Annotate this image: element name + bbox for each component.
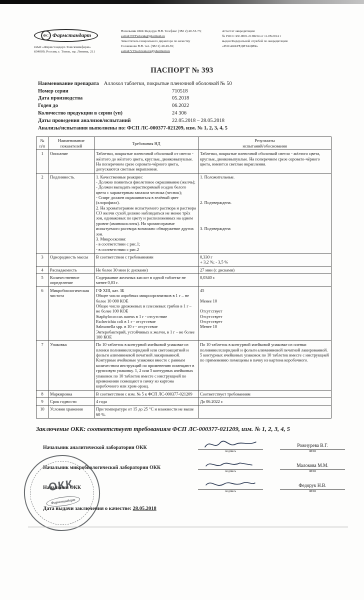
logo-monogram-icon: ФС — [41, 31, 51, 41]
row-number: 7 — [36, 341, 48, 390]
signature-line — [198, 458, 263, 470]
row-number: 1 — [36, 150, 48, 173]
result-text: По 10 таблеток в контурной ячейковой упа… — [198, 341, 331, 390]
field-label: Годен до — [38, 103, 172, 109]
result-text: 27 мин (с дисками) — [198, 266, 331, 274]
result-text: 1. Положительные. 2. Подтверждена. 3. По… — [198, 173, 331, 253]
row-number: 8 — [36, 390, 48, 398]
company-logo: ФС Фармстандарт — [34, 29, 98, 42]
requirement-text: При температуре от 15 до 25 °С и влажнос… — [94, 405, 198, 418]
letterhead: ФС Фармстандарт ОАО «Фармстандарт-Томскх… — [0, 0, 364, 54]
logo-wordmark: Фармстандарт — [52, 33, 91, 39]
contact-line: e-mail VVGolovanova@pharmstd.ru — [121, 49, 215, 54]
requirement-text: Содержание желчных кислот в одной таблет… — [94, 274, 198, 287]
field-label: Номер серии — [38, 88, 172, 94]
row-number: 5 — [36, 274, 48, 287]
indicator-name: Микробиологическая чистота — [48, 287, 94, 341]
table-column-header: Результаты испытаний/обоснования — [198, 137, 331, 150]
field-label: Даты проведения анализов/испытаний — [38, 118, 172, 124]
requirement-text: 1. Качественные реакции: - Должно появит… — [94, 173, 198, 253]
indicator-name: Однородность массы — [48, 253, 94, 266]
table-row: 4РаспадаемостьНе более 30 мин (с дисками… — [36, 266, 331, 274]
result-text — [198, 405, 331, 418]
signatory-role: Начальник аналитической лаборатории ОКК — [43, 445, 198, 453]
result-text: 0,0340 г. — [198, 274, 331, 287]
field-row: Количество продукции в серии (уп)24 306 — [38, 111, 349, 117]
document-title: ПАСПОРТ № 393 — [0, 66, 364, 75]
indicator-name: Описание — [48, 150, 94, 173]
field-rows: Номер серии710518Дата производства05.201… — [38, 88, 349, 124]
signatory-name-cell: Федорук Н.В.ФИО — [280, 484, 345, 494]
signatory-name-cell: Рожнурева В.Г.ФИО — [280, 444, 345, 454]
result-text: Соответствует требованиям — [198, 390, 331, 398]
performed-by-line: Анализы/испытания выполнены по: ФСП ЛС-0… — [38, 125, 349, 131]
quality-results-table: № п/пНаименование показателейТребования … — [36, 137, 332, 419]
signature-row: Начальник аналитической лаборатории ОККп… — [43, 438, 349, 453]
scanned-document-page: ФС Фармстандарт ОАО «Фармстандарт-Томскх… — [0, 0, 364, 600]
name-caption: ФИО — [280, 470, 345, 474]
signature-cell: подпись — [198, 458, 263, 473]
field-row: Годен до06.2022 — [38, 103, 349, 109]
field-row: Дата производства05.2018 — [38, 96, 349, 102]
table-column-header: Требования НД — [94, 137, 198, 150]
table-row: 5Количественное определениеСодержание же… — [36, 274, 331, 287]
field-product-name: Наименование препарата Аллохол таблетки,… — [38, 81, 349, 87]
field-row: Номер серии710518 — [38, 88, 349, 94]
table-row: 2Подлинность.1. Качественные реакции: - … — [36, 173, 331, 253]
result-text: Таблетки, покрытые пленочной оболочкой с… — [198, 150, 331, 173]
scan-artifact-line — [28, 527, 348, 528]
row-number: 4 — [36, 266, 48, 274]
indicator-name: Подлинность. — [48, 173, 94, 253]
field-value: 05.2018 — [172, 96, 189, 102]
indicator-name: Распадаемость — [48, 266, 94, 274]
signature-cell: подпись — [198, 438, 263, 453]
letterhead-accreditation: Аттестат аккредитации№ РОСС RU.0001.21ПК… — [222, 29, 349, 54]
row-number: 2 — [36, 173, 48, 253]
okk-conclusion: Заключение ОКК: соответствует требования… — [36, 426, 354, 434]
field-value: 710518 — [172, 88, 188, 94]
name-caption: ФИО — [280, 450, 345, 454]
field-label: Дата производства — [38, 96, 172, 102]
scan-artifact-bar — [0, 0, 364, 4]
field-label: Количество продукции в серии (уп) — [38, 111, 172, 117]
letterhead-contacts: Начальник ОКК Федорук Н.В. Тел/факс (382… — [121, 29, 215, 54]
requirement-text: ГФ XIII, кат. 3Б Общее число аэробных ми… — [94, 287, 198, 341]
indicator-name: Срок годности — [48, 398, 94, 406]
company-address: ОАО «Фармстандарт-Томскхимфарм»634009, Р… — [34, 45, 113, 54]
field-value: 22.05.2018 – 28.05.2018 — [172, 118, 225, 124]
table-row: 8МаркировкаВ соответствии с изм. № 5 к Ф… — [36, 390, 331, 398]
signature-line — [198, 478, 263, 490]
signatory-name-cell: Малокова М.М.ФИО — [280, 464, 345, 474]
field-label: Наименование препарата — [38, 81, 99, 87]
requirement-text: В соответствии с изм. № 5 к ФСП ЛС-00037… — [94, 390, 198, 398]
table-column-header: Наименование показателей — [48, 137, 94, 150]
requirement-text: В соответствии с требованиями — [94, 253, 198, 266]
table-row: 3Однородность массыВ соответствии с треб… — [36, 253, 331, 266]
result-text: 45 Менее 10 Отсутствует Отсутствует Отсу… — [198, 287, 331, 341]
indicator-name: Количественное определение — [48, 274, 94, 287]
indicator-name: Маркировка — [48, 390, 94, 398]
requirement-text: Не более 30 мин (с дисками) — [94, 266, 198, 274]
table-row: 6Микробиологическая чистотаГФ XIII, кат.… — [36, 287, 331, 341]
table-header-row: № п/пНаименование показателейТребования … — [36, 137, 331, 150]
signature-line — [198, 438, 263, 450]
result-text: 0,330 г + 3,2 %; - 3,5 % — [198, 253, 331, 266]
signature-caption: подпись — [198, 450, 263, 454]
indicator-name: Упаковка — [48, 341, 94, 390]
table-row: 9Срок годности4 годаДо 06.2022 г. — [36, 398, 331, 406]
signature-caption: подпись — [198, 490, 263, 494]
field-value: Аллохол таблетки, покрытые пленочной обо… — [104, 81, 232, 87]
indicator-name: Условия хранения — [48, 405, 94, 418]
row-number: 6 — [36, 287, 48, 341]
table-column-header: № п/п — [36, 137, 48, 150]
table-row: 7УпаковкаПо 10 таблеток в контурной ячей… — [36, 341, 331, 390]
table-row: 10Условия храненияПри температуре от 15 … — [36, 405, 331, 418]
row-number: 3 — [36, 253, 48, 266]
product-fields: Наименование препарата Аллохол таблетки,… — [38, 81, 349, 132]
issue-date-value: 28.05.2018 — [133, 506, 157, 512]
result-text: До 06.2022 г. — [198, 398, 331, 406]
name-caption: ФИО — [280, 490, 345, 494]
signature-caption: подпись — [198, 470, 263, 474]
row-number: 9 — [36, 398, 48, 406]
field-value: 06.2022 — [172, 103, 189, 109]
field-value: 24 306 — [172, 111, 186, 117]
field-row: Даты проведения анализов/испытаний22.05.… — [38, 118, 349, 124]
letterhead-company-block: ФС Фармстандарт ОАО «Фармстандарт-Томскх… — [34, 29, 114, 54]
signature-block: Начальник аналитической лаборатории ОККп… — [43, 438, 349, 528]
requirement-text: По 10 таблеток в контурной ячейковой упа… — [94, 341, 198, 390]
requirement-text: 4 года — [94, 398, 198, 406]
table-row: 1ОписаниеТаблетки, покрытые пленочной об… — [36, 150, 331, 173]
row-number: 10 — [36, 405, 48, 418]
accreditation-line: «РОСАККРЕДИТАЦИЯ» — [222, 44, 349, 49]
signature-cell: подпись — [198, 478, 263, 493]
requirement-text: Таблетки, покрытые пленочной оболочкой о… — [94, 150, 198, 173]
company-address-line: 634009, Россия, г. Томск, пр. Ленина, 21… — [34, 50, 113, 55]
